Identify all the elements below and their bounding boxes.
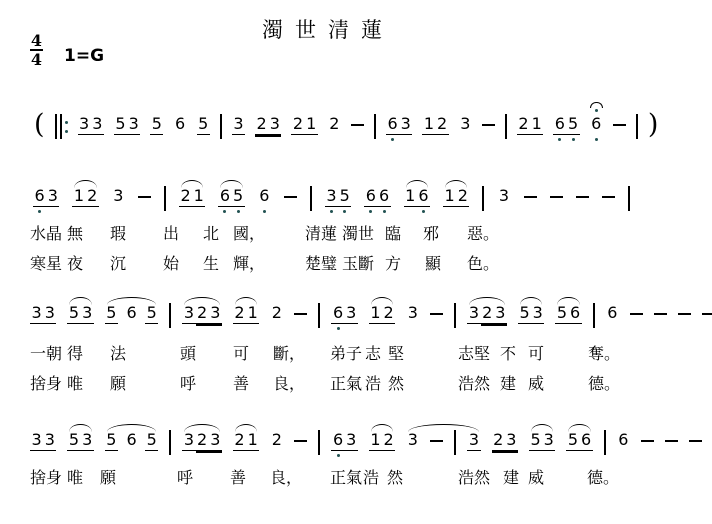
lyric-syllable: 呼	[180, 374, 196, 394]
note-digit: 5	[518, 304, 531, 324]
note-digit: 6	[590, 115, 603, 135]
note-digit: 5	[232, 187, 245, 207]
note-token: 63	[331, 295, 357, 336]
note-digit: 1	[305, 115, 318, 135]
note-token: 66	[364, 178, 390, 219]
note-digit: 6	[331, 431, 344, 451]
key-signature: 1=G	[64, 46, 104, 66]
octave-dot	[337, 454, 340, 457]
note-token: 12	[369, 422, 395, 463]
note-token: 3	[467, 422, 480, 463]
lyric-syllable: 弟子	[330, 344, 362, 364]
lyric-syllable: 可	[528, 344, 544, 364]
duration-dash	[294, 440, 307, 442]
slur-arc	[469, 297, 505, 305]
music-line-2: 6312321656356616123	[33, 178, 630, 219]
duration-dash	[641, 440, 654, 442]
note-digit: 1	[72, 187, 85, 207]
note-token: 6	[258, 178, 271, 219]
barline	[220, 114, 222, 139]
note-digit: 5	[338, 187, 351, 207]
slur-arc	[69, 297, 91, 305]
lyric-syllable: 唯	[67, 468, 83, 488]
note-digit: 3	[112, 187, 125, 207]
octave-dot	[422, 210, 425, 213]
note-digit: 3	[232, 115, 245, 135]
lyric-syllable: 寒星	[30, 254, 62, 274]
note-digit: 1	[369, 304, 382, 324]
barline	[628, 186, 630, 211]
note-digit: 5	[150, 115, 163, 135]
note-token: 21	[233, 422, 259, 463]
note-digit: 1	[246, 304, 259, 324]
note-token: 3	[497, 178, 510, 219]
duration-dash	[524, 196, 537, 198]
note-token: 21	[291, 106, 317, 147]
note-digit: 1	[404, 187, 417, 207]
barline	[318, 303, 320, 328]
note-token: 23	[492, 422, 518, 463]
time-signature-bottom: 4	[31, 52, 42, 67]
note-digit: 3	[505, 431, 518, 451]
octave-dot	[391, 138, 394, 141]
tie-group: 33	[406, 422, 480, 463]
duration-dash	[654, 313, 667, 315]
note-token: 33	[78, 106, 104, 147]
slur-arc	[181, 180, 203, 188]
note-digit: 3	[182, 304, 195, 324]
note-digit: 2	[382, 431, 395, 451]
note-token: 33	[30, 295, 56, 336]
octave-dot	[558, 138, 561, 141]
note-token: 12	[72, 178, 98, 219]
barline	[482, 186, 484, 211]
note-token: 5	[197, 106, 210, 147]
note-digit: 3	[494, 304, 507, 324]
lyric-syllable: 始	[163, 254, 179, 274]
note-digit: 2	[481, 304, 494, 324]
lyric-row-3: 一朝得法頭可斷，弟子志堅志堅不可奪。	[0, 344, 712, 366]
note-digit: 2	[196, 304, 209, 324]
note-token: 6	[606, 295, 619, 336]
note-digit: 3	[182, 431, 195, 451]
note-digit: 2	[328, 115, 341, 135]
note-digit: 1	[530, 115, 543, 135]
duration-dash	[613, 124, 626, 126]
lyric-syllable: 德。	[588, 374, 620, 394]
lyric-syllable: 德。	[587, 468, 619, 488]
note-digit: 3	[459, 115, 472, 135]
lyric-syllable: 呼	[177, 468, 193, 488]
note-token: 23	[255, 106, 281, 147]
repeat-dots	[65, 114, 68, 139]
note-digit: 3	[268, 115, 281, 135]
lyric-syllable: 可	[233, 344, 249, 364]
note-token: 6	[173, 106, 186, 147]
note-digit: 3	[30, 304, 43, 324]
lyric-syllable: 濁世	[342, 224, 374, 244]
note-digit: 5	[67, 304, 80, 324]
duration-dash	[630, 313, 643, 315]
barline	[374, 114, 376, 139]
note-token: 53	[518, 295, 544, 336]
note-digit: 3	[81, 304, 94, 324]
note-digit: 3	[345, 304, 358, 324]
note-digit: 3	[497, 187, 510, 207]
note-token: 63	[331, 422, 357, 463]
lyric-syllable: 生	[203, 254, 219, 274]
lyric-syllable: 無	[67, 224, 83, 244]
note-digit: 1	[369, 431, 382, 451]
barline	[593, 303, 595, 328]
note-digit: 5	[555, 304, 568, 324]
duration-dash	[430, 313, 443, 315]
lyric-syllable: 願	[110, 374, 126, 394]
slur-arc	[220, 180, 242, 188]
note-digit: 1	[422, 115, 435, 135]
slur-arc	[445, 180, 467, 188]
lyric-row-2: 寒星夜沉始生輝，楚璧玉斷方顯色。	[0, 254, 712, 276]
note-digit: 6	[173, 115, 186, 135]
lyric-syllable: 志堅	[458, 344, 490, 364]
note-token: 53	[67, 295, 93, 336]
note-token: 565	[105, 295, 159, 336]
note-token: 323	[467, 295, 507, 336]
slur-arc	[531, 424, 553, 432]
octave-dot	[595, 138, 598, 141]
note-digit: 6	[331, 304, 344, 324]
lyric-syllable: 輝，	[233, 254, 265, 274]
note-token: 323	[182, 422, 222, 463]
note-token: 53	[114, 106, 140, 147]
slur-arc	[107, 297, 157, 305]
note-token: 56	[566, 422, 592, 463]
duration-dash	[678, 313, 691, 315]
duration-dash	[430, 440, 443, 442]
note-token: 2	[270, 422, 283, 463]
lyric-syllable: 建	[500, 374, 516, 394]
barline	[169, 303, 171, 328]
note-token: 3	[459, 106, 472, 147]
note-digit: 5	[145, 304, 158, 324]
lyric-syllable: 惡。	[467, 224, 499, 244]
paren-close: )	[648, 111, 659, 138]
lyric-syllable: 威	[528, 374, 544, 394]
lyric-syllable: 得	[67, 344, 83, 364]
duration-dash	[689, 440, 702, 442]
note-digit: 6	[386, 115, 399, 135]
lyric-syllable: 國，	[233, 224, 265, 244]
music-line-intro: (33535653232126312321656)	[34, 106, 658, 147]
note-digit: 3	[43, 431, 56, 451]
lyric-syllable: 玉斷	[342, 254, 374, 274]
lyric-syllable: 威	[528, 468, 544, 488]
note-digit: 3	[325, 187, 338, 207]
note-digit: 3	[209, 431, 222, 451]
lyric-syllable: 斷，	[273, 344, 305, 364]
note-digit: 3	[542, 431, 555, 451]
barline	[636, 114, 638, 139]
lyric-syllable: 出	[163, 224, 179, 244]
lyric-syllable: 邪	[423, 224, 439, 244]
note-digit: 2	[382, 304, 395, 324]
barline	[454, 430, 456, 455]
duration-dash	[550, 196, 563, 198]
note-digit: 1	[246, 431, 259, 451]
note-token: 21	[179, 178, 205, 219]
duration-dash	[284, 196, 297, 198]
note-digit: 3	[406, 431, 419, 451]
lyric-syllable: 顯	[425, 254, 441, 274]
note-digit: 3	[406, 304, 419, 324]
octave-dot	[343, 210, 346, 213]
note-token: 6	[590, 106, 603, 147]
repeat-dot	[65, 121, 68, 124]
note-digit: 2	[270, 304, 283, 324]
note-token: 12	[422, 106, 448, 147]
note-digit: 2	[255, 115, 268, 135]
lyric-syllable: 浩	[365, 374, 381, 394]
note-digit: 5	[197, 115, 210, 135]
note-token: 63	[33, 178, 59, 219]
note-digit: 2	[517, 115, 530, 135]
octave-dot	[330, 210, 333, 213]
lyric-syllable: 浩	[363, 468, 379, 488]
duration-dash	[665, 440, 678, 442]
note-digit: 6	[258, 187, 271, 207]
note-token: 56	[555, 295, 581, 336]
lyric-syllable: 善	[233, 374, 249, 394]
lyric-syllable: 水晶	[30, 224, 62, 244]
note-digit: 6	[125, 431, 138, 451]
note-token: 2	[270, 295, 283, 336]
duration-dash	[294, 313, 307, 315]
note-token: 3	[406, 422, 419, 463]
lyric-syllable: 夜	[67, 254, 83, 274]
duration-dash	[602, 196, 615, 198]
note-digit: 3	[531, 304, 544, 324]
lyric-syllable: 然	[387, 468, 403, 488]
lyric-syllable: 色。	[467, 254, 499, 274]
barline	[454, 303, 456, 328]
octave-dot	[237, 210, 240, 213]
note-token: 21	[233, 295, 259, 336]
note-digit: 6	[364, 187, 377, 207]
lyric-syllable: 清蓮	[305, 224, 337, 244]
note-digit: 3	[209, 304, 222, 324]
lyric-syllable: 法	[110, 344, 126, 364]
lyric-syllable: 瑕	[110, 224, 126, 244]
note-token: 3	[112, 178, 125, 219]
octave-dot	[383, 210, 386, 213]
lyric-syllable: 臨	[385, 224, 401, 244]
note-digit: 3	[467, 304, 480, 324]
note-digit: 5	[67, 431, 80, 451]
note-token: 565	[105, 422, 159, 463]
lyric-row-1: 水晶無瑕出北國，清蓮濁世臨邪惡。	[0, 224, 712, 246]
note-digit: 6	[218, 187, 231, 207]
music-line-4: 33535653232126312332353566	[30, 422, 712, 463]
lyric-syllable: 奪。	[588, 344, 620, 364]
note-token: 12	[369, 295, 395, 336]
note-digit: 6	[617, 431, 630, 451]
slur-arc	[406, 180, 428, 188]
note-digit: 6	[606, 304, 619, 324]
note-digit: 3	[78, 115, 91, 135]
song-title: 濁世清蓮	[0, 14, 656, 44]
note-digit: 2	[492, 431, 505, 451]
paren-open: (	[34, 111, 45, 138]
lyric-row-5: 捨身唯願呼善良，正氣浩然浩然建威德。	[0, 468, 712, 490]
note-token: 3	[232, 106, 245, 147]
note-digit: 3	[46, 187, 59, 207]
note-digit: 5	[566, 431, 579, 451]
note-token: 53	[67, 422, 93, 463]
octave-dot	[572, 138, 575, 141]
lyric-syllable: 方	[385, 254, 401, 274]
note-token: 3	[406, 295, 419, 336]
note-digit: 5	[566, 115, 579, 135]
slur-arc	[235, 297, 257, 305]
note-digit: 5	[105, 431, 118, 451]
note-digit: 2	[179, 187, 192, 207]
duration-dash	[576, 196, 589, 198]
duration-dash	[482, 124, 495, 126]
note-token: 323	[182, 295, 222, 336]
lyric-syllable: 不	[500, 344, 516, 364]
note-token: 2	[328, 106, 341, 147]
lyric-syllable: 北	[203, 224, 219, 244]
note-digit: 2	[291, 115, 304, 135]
lyric-syllable: 浩然	[458, 468, 490, 488]
sheet-music-page: 4 4 1=G 濁世清蓮 (33535653232126312321656) 6…	[0, 0, 712, 524]
note-digit: 6	[569, 304, 582, 324]
note-digit: 2	[86, 187, 99, 207]
note-token: 5	[150, 106, 163, 147]
note-digit: 6	[125, 304, 138, 324]
lyric-row-4: 捨身唯願呼善良，正氣浩然浩然建威德。	[0, 374, 712, 396]
note-digit: 5	[105, 304, 118, 324]
lyric-syllable: 楚璧	[305, 254, 337, 274]
note-token: 53	[529, 422, 555, 463]
note-digit: 6	[417, 187, 430, 207]
slur-arc	[69, 424, 91, 432]
lyric-syllable: 捨身	[30, 468, 62, 488]
note-digit: 1	[192, 187, 205, 207]
lyric-syllable: 善	[230, 468, 246, 488]
barline	[604, 430, 606, 455]
note-digit: 3	[30, 431, 43, 451]
slur-arc	[371, 297, 393, 305]
note-digit: 6	[377, 187, 390, 207]
slur-arc	[184, 424, 220, 432]
note-digit: 6	[553, 115, 566, 135]
note-digit: 2	[233, 304, 246, 324]
note-digit: 3	[467, 431, 480, 451]
duration-dash	[702, 313, 712, 315]
lyric-syllable: 志	[365, 344, 381, 364]
lyric-syllable: 頭	[180, 344, 196, 364]
barline	[318, 430, 320, 455]
slur-arc	[107, 424, 157, 432]
lyric-syllable: 良，	[270, 468, 302, 488]
lyric-syllable: 建	[503, 468, 519, 488]
note-token: 12	[443, 178, 469, 219]
octave-dot	[38, 210, 41, 213]
note-digit: 3	[43, 304, 56, 324]
note-digit: 5	[529, 431, 542, 451]
barline	[164, 186, 166, 211]
note-token: 65	[553, 106, 579, 147]
slur-arc	[568, 424, 590, 432]
lyric-syllable: 願	[100, 468, 116, 488]
octave-dot	[369, 210, 372, 213]
note-digit: 1	[443, 187, 456, 207]
repeat-start-barline	[55, 114, 68, 139]
note-token: 35	[325, 178, 351, 219]
lyric-syllable: 一朝	[30, 344, 62, 364]
octave-dot	[263, 210, 266, 213]
lyric-syllable: 正氣	[330, 374, 362, 394]
note-digit: 2	[233, 431, 246, 451]
slur-arc	[74, 180, 96, 188]
fermata-icon	[590, 102, 603, 112]
slur-arc	[184, 297, 220, 305]
duration-dash	[138, 196, 151, 198]
octave-dot	[223, 210, 226, 213]
note-digit: 5	[145, 431, 158, 451]
duration-dash	[351, 124, 364, 126]
note-digit: 3	[399, 115, 412, 135]
barline	[169, 430, 171, 455]
barline	[310, 186, 312, 211]
note-token: 65	[218, 178, 244, 219]
note-digit: 3	[345, 431, 358, 451]
note-token: 33	[30, 422, 56, 463]
slur-arc	[520, 297, 542, 305]
lyric-syllable: 正氣	[330, 468, 362, 488]
note-digit: 3	[91, 115, 104, 135]
repeat-dot	[65, 130, 68, 133]
barline	[505, 114, 507, 139]
note-digit: 2	[456, 187, 469, 207]
slur-arc	[235, 424, 257, 432]
octave-dot	[337, 327, 340, 330]
note-digit: 6	[33, 187, 46, 207]
note-digit: 2	[196, 431, 209, 451]
note-token: 6	[617, 422, 630, 463]
note-digit: 2	[270, 431, 283, 451]
lyric-syllable: 良，	[273, 374, 305, 394]
note-digit: 5	[114, 115, 127, 135]
note-digit: 3	[127, 115, 140, 135]
slur-arc	[557, 297, 579, 305]
note-token: 63	[386, 106, 412, 147]
lyric-syllable: 浩然	[458, 374, 490, 394]
note-digit: 2	[436, 115, 449, 135]
note-digit: 3	[81, 431, 94, 451]
note-digit: 6	[580, 431, 593, 451]
lyric-syllable: 沉	[110, 254, 126, 274]
lyric-syllable: 唯	[67, 374, 83, 394]
lyric-syllable: 捨身	[30, 374, 62, 394]
lyric-syllable: 堅	[388, 344, 404, 364]
lyric-syllable: 然	[388, 374, 404, 394]
slur-arc	[371, 424, 393, 432]
note-token: 21	[517, 106, 543, 147]
note-token: 16	[404, 178, 430, 219]
music-line-3: 33535653232126312332353566	[30, 295, 712, 336]
